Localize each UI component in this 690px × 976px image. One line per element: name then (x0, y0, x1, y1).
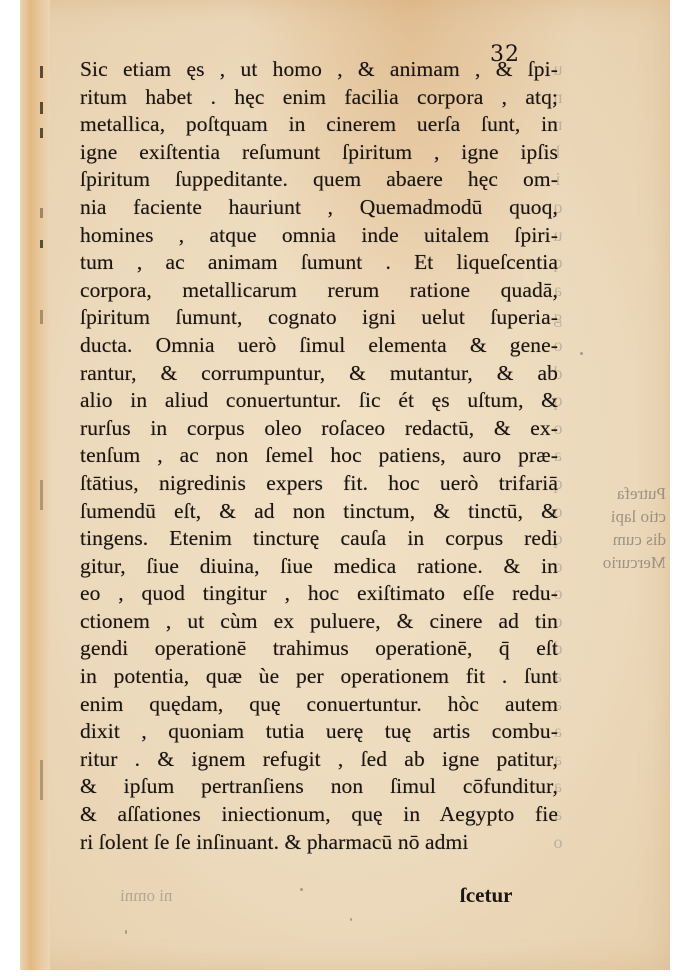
text-line: ritum habet . hęc enim facilia corpora ,… (80, 84, 558, 112)
paper-speck (125, 930, 127, 934)
catchword-row: ni omni ſcetur (80, 883, 558, 911)
bleed-mark (40, 66, 43, 78)
catchword: ſcetur (460, 883, 512, 908)
text-line: eo , quod tingitur , hoc exiſtimato eſſe… (80, 580, 558, 608)
text-line: & aſſationes iniectionum, quę in Aegypto… (80, 801, 558, 829)
text-line: nia faciente hauriunt , Quemadmodū quoq, (80, 194, 558, 222)
margin-note-line: dis cum (576, 528, 666, 551)
text-line: ducta. Omnia uerò ſimul elementa & gene- (80, 332, 558, 360)
bleed-mark (40, 128, 43, 138)
bleed-mark (40, 480, 43, 510)
text-line: & ipſum pertranſiens non ſimul cōfunditu… (80, 773, 558, 801)
text-line: tenſum , ac non ſemel hoc patiens, auro … (80, 442, 558, 470)
text-line: alio in aliud conuertuntur. ſic ét ęs uſ… (80, 387, 558, 415)
text-line: gitur, ſiue diuina, ſiue medica ratione.… (80, 553, 558, 581)
text-line: enim quędam, quę conuertuntur. hòc autem (80, 691, 558, 719)
text-line: metallica, poſtquam in cinerem uerſa ſun… (80, 111, 558, 139)
text-line: ctionem , ut cùm ex puluere, & cinere ad… (80, 608, 558, 636)
text-line: ſtātius, nigredinis expers fit. hoc uerò… (80, 470, 558, 498)
text-line: Sic etiam ęs , ut homo , & animam , & ſp… (80, 56, 558, 84)
text-line: igne exiſtentia reſumunt ſpiritum , igne… (80, 139, 558, 167)
paper-speck (300, 888, 303, 891)
bleed-mark (40, 240, 43, 248)
bleed-mark (40, 102, 43, 114)
text-line: ſpiritum ſumunt, cognato igni uelut ſupe… (80, 304, 558, 332)
text-line: rantur, & corrumpuntur, & mutantur, & ab (80, 360, 558, 388)
text-line: gendi operationē trahimus operationē, q̄… (80, 635, 558, 663)
text-line: corpora, metallicarum rerum ratione quad… (80, 277, 558, 305)
margin-note-line: Putrefa (576, 482, 666, 505)
show-through-text: ni omni (120, 886, 172, 906)
text-line: in potentia, quæ ùe per operationem fit … (80, 663, 558, 691)
text-line: homines , atque omnia inde uitalem ſpiri… (80, 222, 558, 250)
left-margin-bleed-marks (40, 60, 48, 920)
body-text: Sic etiam ęs , ut homo , & animam , & ſp… (80, 56, 558, 856)
paper-speck (350, 918, 352, 921)
bleed-mark (40, 208, 43, 218)
text-line: ritur . & ignem refugit , ſed ab igne pa… (80, 746, 558, 774)
paper-speck (580, 352, 583, 355)
margin-note-line: Mercurio (576, 551, 666, 574)
bleed-mark (40, 760, 43, 800)
book-page: 32 u n n l i q u q a g o d q o a q o q o… (20, 0, 670, 970)
text-line: tum , ac animam ſumunt . Et liqueſcentia (80, 249, 558, 277)
margin-note-line: ctio lapi (576, 505, 666, 528)
text-line: ſumendū eſt, & ad non tinctum, & tinctū,… (80, 498, 558, 526)
text-line: ri ſolent ſe ſe inſinuant. & pharmacū nō… (80, 829, 558, 857)
text-line: tingens. Etenim tincturę cauſa in corpus… (80, 525, 558, 553)
text-line: ſpiritum ſuppeditante. quem abaere hęc o… (80, 166, 558, 194)
bleed-mark (40, 310, 43, 324)
text-line: dixit , quoniam tutia uerę tuę artis com… (80, 718, 558, 746)
mirrored-margin-note: Putrefa ctio lapi dis cum Mercurio (576, 482, 666, 574)
text-line: rurſus in corpus oleo roſaceo redactū, &… (80, 415, 558, 443)
